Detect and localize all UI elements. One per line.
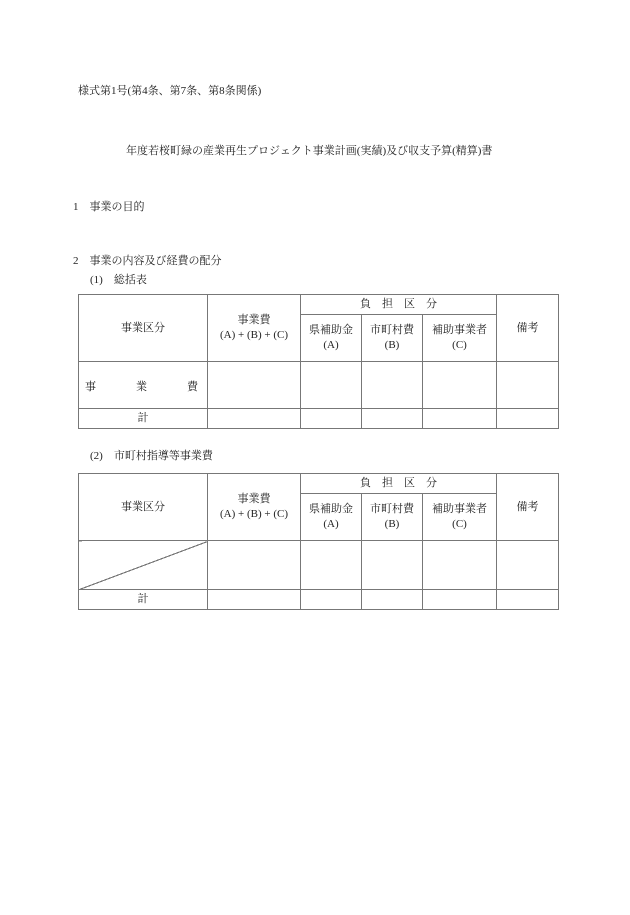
header-pref-subsidy: 県補助金 (A) xyxy=(301,315,362,362)
empty-cell xyxy=(497,362,559,409)
empty-cell xyxy=(423,541,497,590)
header-business-cost-line2: (A) + (B) + (C) xyxy=(208,328,300,343)
empty-cell xyxy=(362,409,423,429)
subsection-1-heading: (1) 総括表 xyxy=(90,271,147,287)
total-row-label: 計 xyxy=(79,409,208,429)
empty-cell xyxy=(208,590,301,610)
header-subsidized-operator-line2: (C) xyxy=(423,517,496,532)
header-business-cost-line1: 事業費 xyxy=(208,313,300,328)
empty-cell xyxy=(423,409,497,429)
header-business-cost-line1: 事業費 xyxy=(208,492,300,507)
header-municipal-cost-line2: (B) xyxy=(362,338,422,353)
header-subsidized-operator-line1: 補助事業者 xyxy=(423,323,496,338)
summary-table: 事業区分 事業費 (A) + (B) + (C) 負 担 区 分 備考 県補助金… xyxy=(78,294,559,429)
table-row: 計 xyxy=(79,409,559,429)
header-business-cost: 事業費 (A) + (B) + (C) xyxy=(208,474,301,541)
header-remarks: 備考 xyxy=(497,474,559,541)
header-pref-subsidy-line1: 県補助金 xyxy=(301,502,361,517)
diagonal-strikethrough-cell xyxy=(79,541,208,590)
header-subsidized-operator: 補助事業者 (C) xyxy=(423,494,497,541)
header-business-category: 事業区分 xyxy=(79,474,208,541)
row-label-char: 費 xyxy=(187,380,198,395)
empty-cell xyxy=(301,541,362,590)
row-label-char: 業 xyxy=(136,380,147,395)
empty-cell xyxy=(301,409,362,429)
header-municipal-cost-line1: 市町村費 xyxy=(362,502,422,517)
header-subsidized-operator: 補助事業者 (C) xyxy=(423,315,497,362)
header-municipal-cost: 市町村費 (B) xyxy=(362,315,423,362)
empty-cell xyxy=(497,409,559,429)
header-pref-subsidy-line2: (A) xyxy=(301,517,361,532)
header-remarks: 備考 xyxy=(497,295,559,362)
header-burden-group: 負 担 区 分 xyxy=(301,295,497,315)
header-burden-group: 負 担 区 分 xyxy=(301,474,497,494)
header-pref-subsidy-line1: 県補助金 xyxy=(301,323,361,338)
header-business-cost-line2: (A) + (B) + (C) xyxy=(208,507,300,522)
empty-cell xyxy=(423,590,497,610)
form-number: 様式第1号(第4条、第7条、第8条関係) xyxy=(78,82,261,98)
header-municipal-cost-line2: (B) xyxy=(362,517,422,532)
header-subsidized-operator-line2: (C) xyxy=(423,338,496,353)
empty-cell xyxy=(362,362,423,409)
document-page: 様式第1号(第4条、第7条、第8条関係) 年度若桜町緑の産業再生プロジェクト事業… xyxy=(0,0,630,915)
empty-cell xyxy=(423,362,497,409)
table-row: 計 xyxy=(79,590,559,610)
header-municipal-cost: 市町村費 (B) xyxy=(362,494,423,541)
document-title: 年度若桜町緑の産業再生プロジェクト事業計画(実績)及び収支予算(精算)書 xyxy=(126,142,492,158)
empty-cell xyxy=(301,362,362,409)
empty-cell xyxy=(208,362,301,409)
empty-cell xyxy=(362,541,423,590)
total-row-label: 計 xyxy=(79,590,208,610)
empty-cell xyxy=(208,409,301,429)
header-pref-subsidy: 県補助金 (A) xyxy=(301,494,362,541)
table-row: 事 業 費 xyxy=(79,362,559,409)
section-2-heading: 2 事業の内容及び経費の配分 xyxy=(73,252,222,268)
header-business-category: 事業区分 xyxy=(79,295,208,362)
table-row: 事業区分 事業費 (A) + (B) + (C) 負 担 区 分 備考 xyxy=(79,295,559,315)
subsection-2-heading: (2) 市町村指導等事業費 xyxy=(90,447,213,463)
row-label-business-cost: 事 業 費 xyxy=(79,362,208,409)
section-1-heading: 1 事業の目的 xyxy=(73,198,145,214)
empty-cell xyxy=(208,541,301,590)
header-business-cost: 事業費 (A) + (B) + (C) xyxy=(208,295,301,362)
header-subsidized-operator-line1: 補助事業者 xyxy=(423,502,496,517)
empty-cell xyxy=(497,590,559,610)
table-row: 事業区分 事業費 (A) + (B) + (C) 負 担 区 分 備考 xyxy=(79,474,559,494)
empty-cell xyxy=(497,541,559,590)
empty-cell xyxy=(301,590,362,610)
municipal-guidance-table: 事業区分 事業費 (A) + (B) + (C) 負 担 区 分 備考 県補助金… xyxy=(78,473,559,610)
header-municipal-cost-line1: 市町村費 xyxy=(362,323,422,338)
header-pref-subsidy-line2: (A) xyxy=(301,338,361,353)
row-label-char: 事 xyxy=(85,380,96,395)
empty-cell xyxy=(362,590,423,610)
table-row xyxy=(79,541,559,590)
